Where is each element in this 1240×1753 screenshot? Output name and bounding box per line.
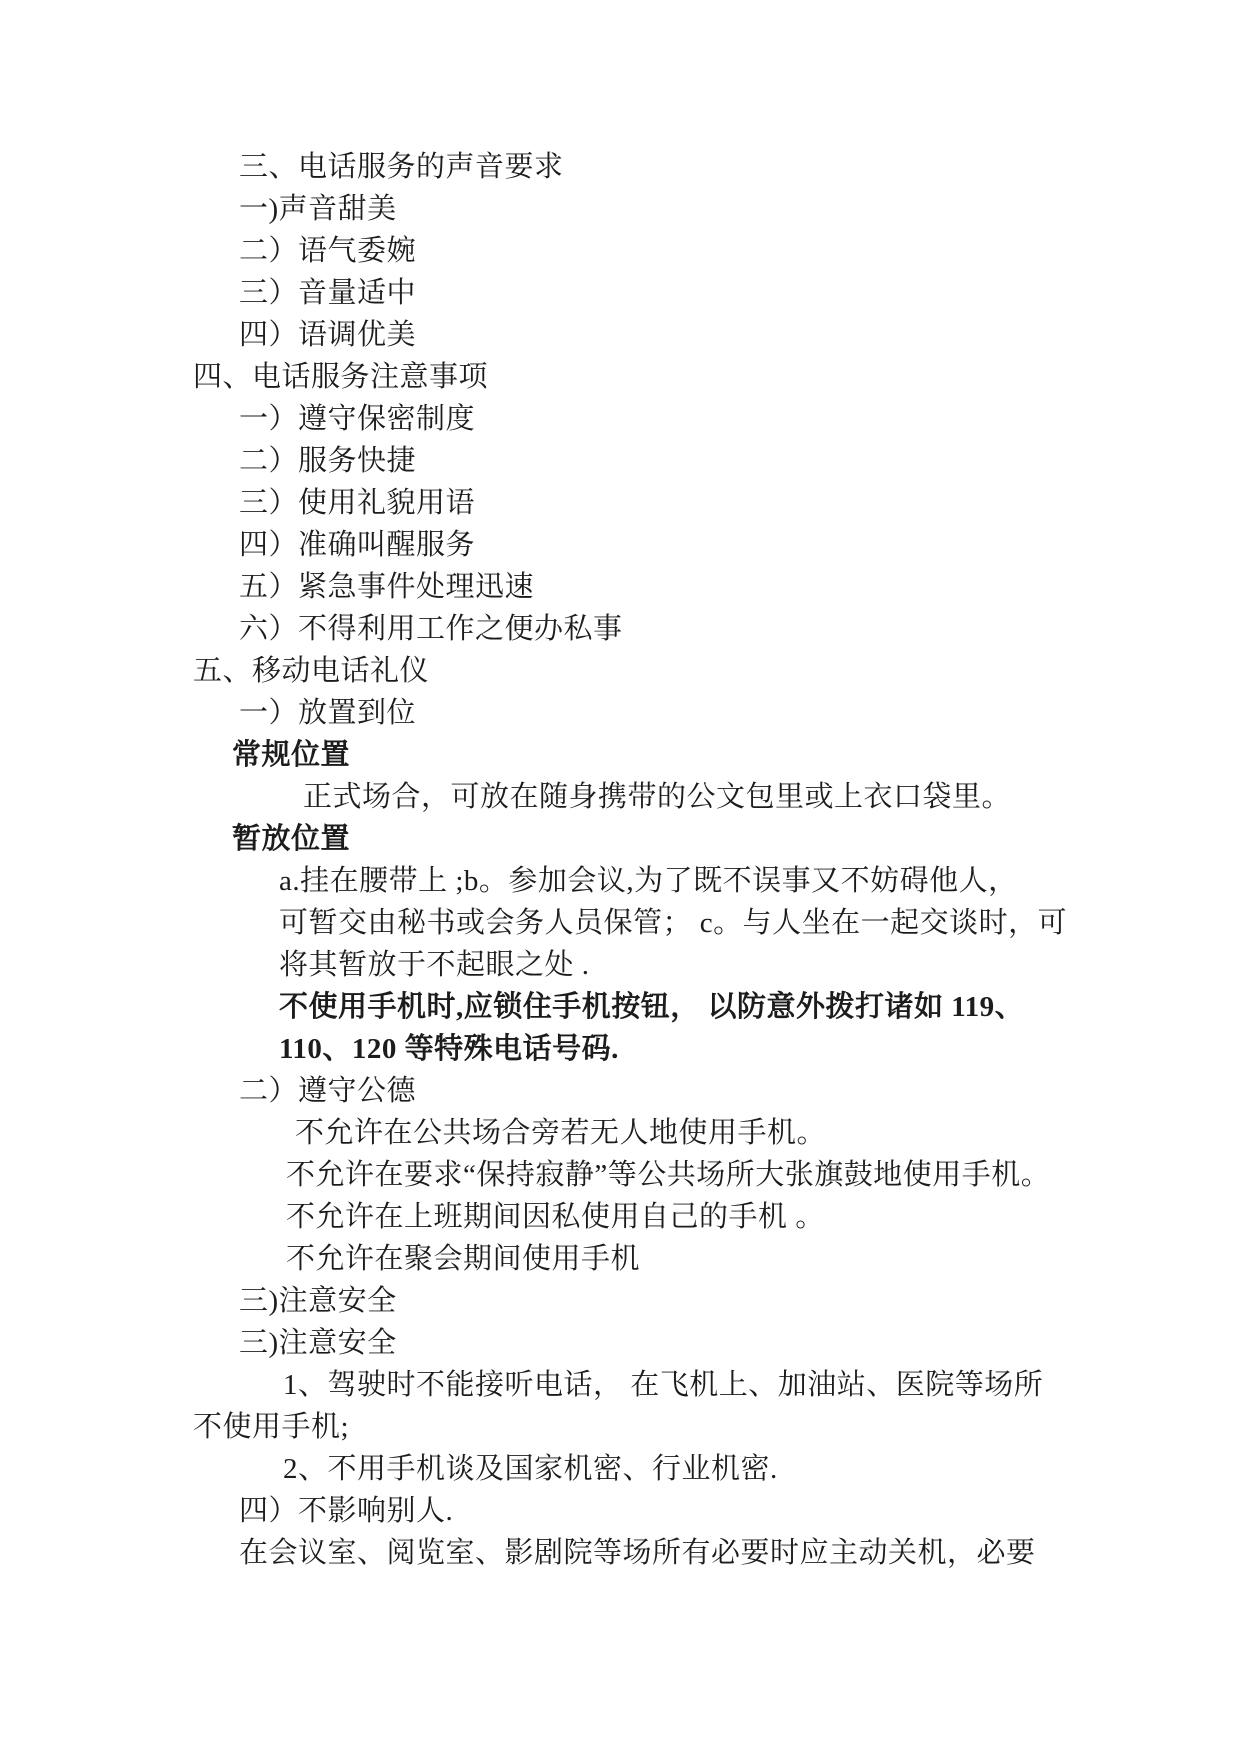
text-line: 110、120 等特殊电话号码.: [0, 1028, 1240, 1070]
text-line: 正式场合，可放在随身携带的公文包里或上衣口袋里。: [0, 776, 1240, 818]
text-line: 五、移动电话礼仪: [0, 650, 1240, 692]
text-line: 一）放置到位: [0, 692, 1240, 734]
text-line: 二）遵守公德: [0, 1070, 1240, 1112]
text-line: 不允许在聚会期间使用手机: [0, 1238, 1240, 1280]
text-line: 可暂交由秘书或会务人员保管； c。与人坐在一起交谈时，可: [0, 902, 1240, 944]
text-line: 三、电话服务的声音要求: [0, 146, 1240, 188]
text-line: 不允许在要求“保持寂静”等公共场所大张旗鼓地使用手机。: [0, 1154, 1240, 1196]
text-line: 六）不得利用工作之便办私事: [0, 608, 1240, 650]
text-line: 将其暂放于不起眼之处 .: [0, 944, 1240, 986]
text-line: 一）遵守保密制度: [0, 398, 1240, 440]
text-line: 二）语气委婉: [0, 230, 1240, 272]
text-line: 五）紧急事件处理迅速: [0, 566, 1240, 608]
text-line: 三）使用礼貌用语: [0, 482, 1240, 524]
text-line: 暂放位置: [0, 818, 1240, 860]
text-line: a.挂在腰带上 ;b。参加会议,为了既不误事又不妨碍他人，: [0, 860, 1240, 902]
text-line: 一)声音甜美: [0, 188, 1240, 230]
text-line: 四、电话服务注意事项: [0, 356, 1240, 398]
text-line: 三)注意安全: [0, 1322, 1240, 1364]
text-line: 三)注意安全: [0, 1280, 1240, 1322]
text-line: 二）服务快捷: [0, 440, 1240, 482]
text-line: 不使用手机;: [0, 1406, 1240, 1448]
text-line: 常规位置: [0, 734, 1240, 776]
text-line: 2、不用手机谈及国家机密、行业机密.: [0, 1448, 1240, 1490]
text-line: 四）准确叫醒服务: [0, 524, 1240, 566]
text-line: 三）音量适中: [0, 272, 1240, 314]
text-line: 不使用手机时,应锁住手机按钮， 以防意外拨打诸如 119、: [0, 986, 1240, 1028]
text-line: 1、驾驶时不能接听电话， 在飞机上、加油站、医院等场所: [0, 1364, 1240, 1406]
document-page: 三、电话服务的声音要求一)声音甜美二）语气委婉三）音量适中四）语调优美四、电话服…: [0, 0, 1240, 1753]
text-line: 四）不影响别人.: [0, 1490, 1240, 1532]
text-line: 在会议室、阅览室、影剧院等场所有必要时应主动关机，必要: [0, 1532, 1240, 1574]
text-line: 不允许在公共场合旁若无人地使用手机。: [0, 1112, 1240, 1154]
text-line: 不允许在上班期间因私使用自己的手机 。: [0, 1196, 1240, 1238]
text-line: 四）语调优美: [0, 314, 1240, 356]
document-body: 三、电话服务的声音要求一)声音甜美二）语气委婉三）音量适中四）语调优美四、电话服…: [0, 0, 1240, 1574]
